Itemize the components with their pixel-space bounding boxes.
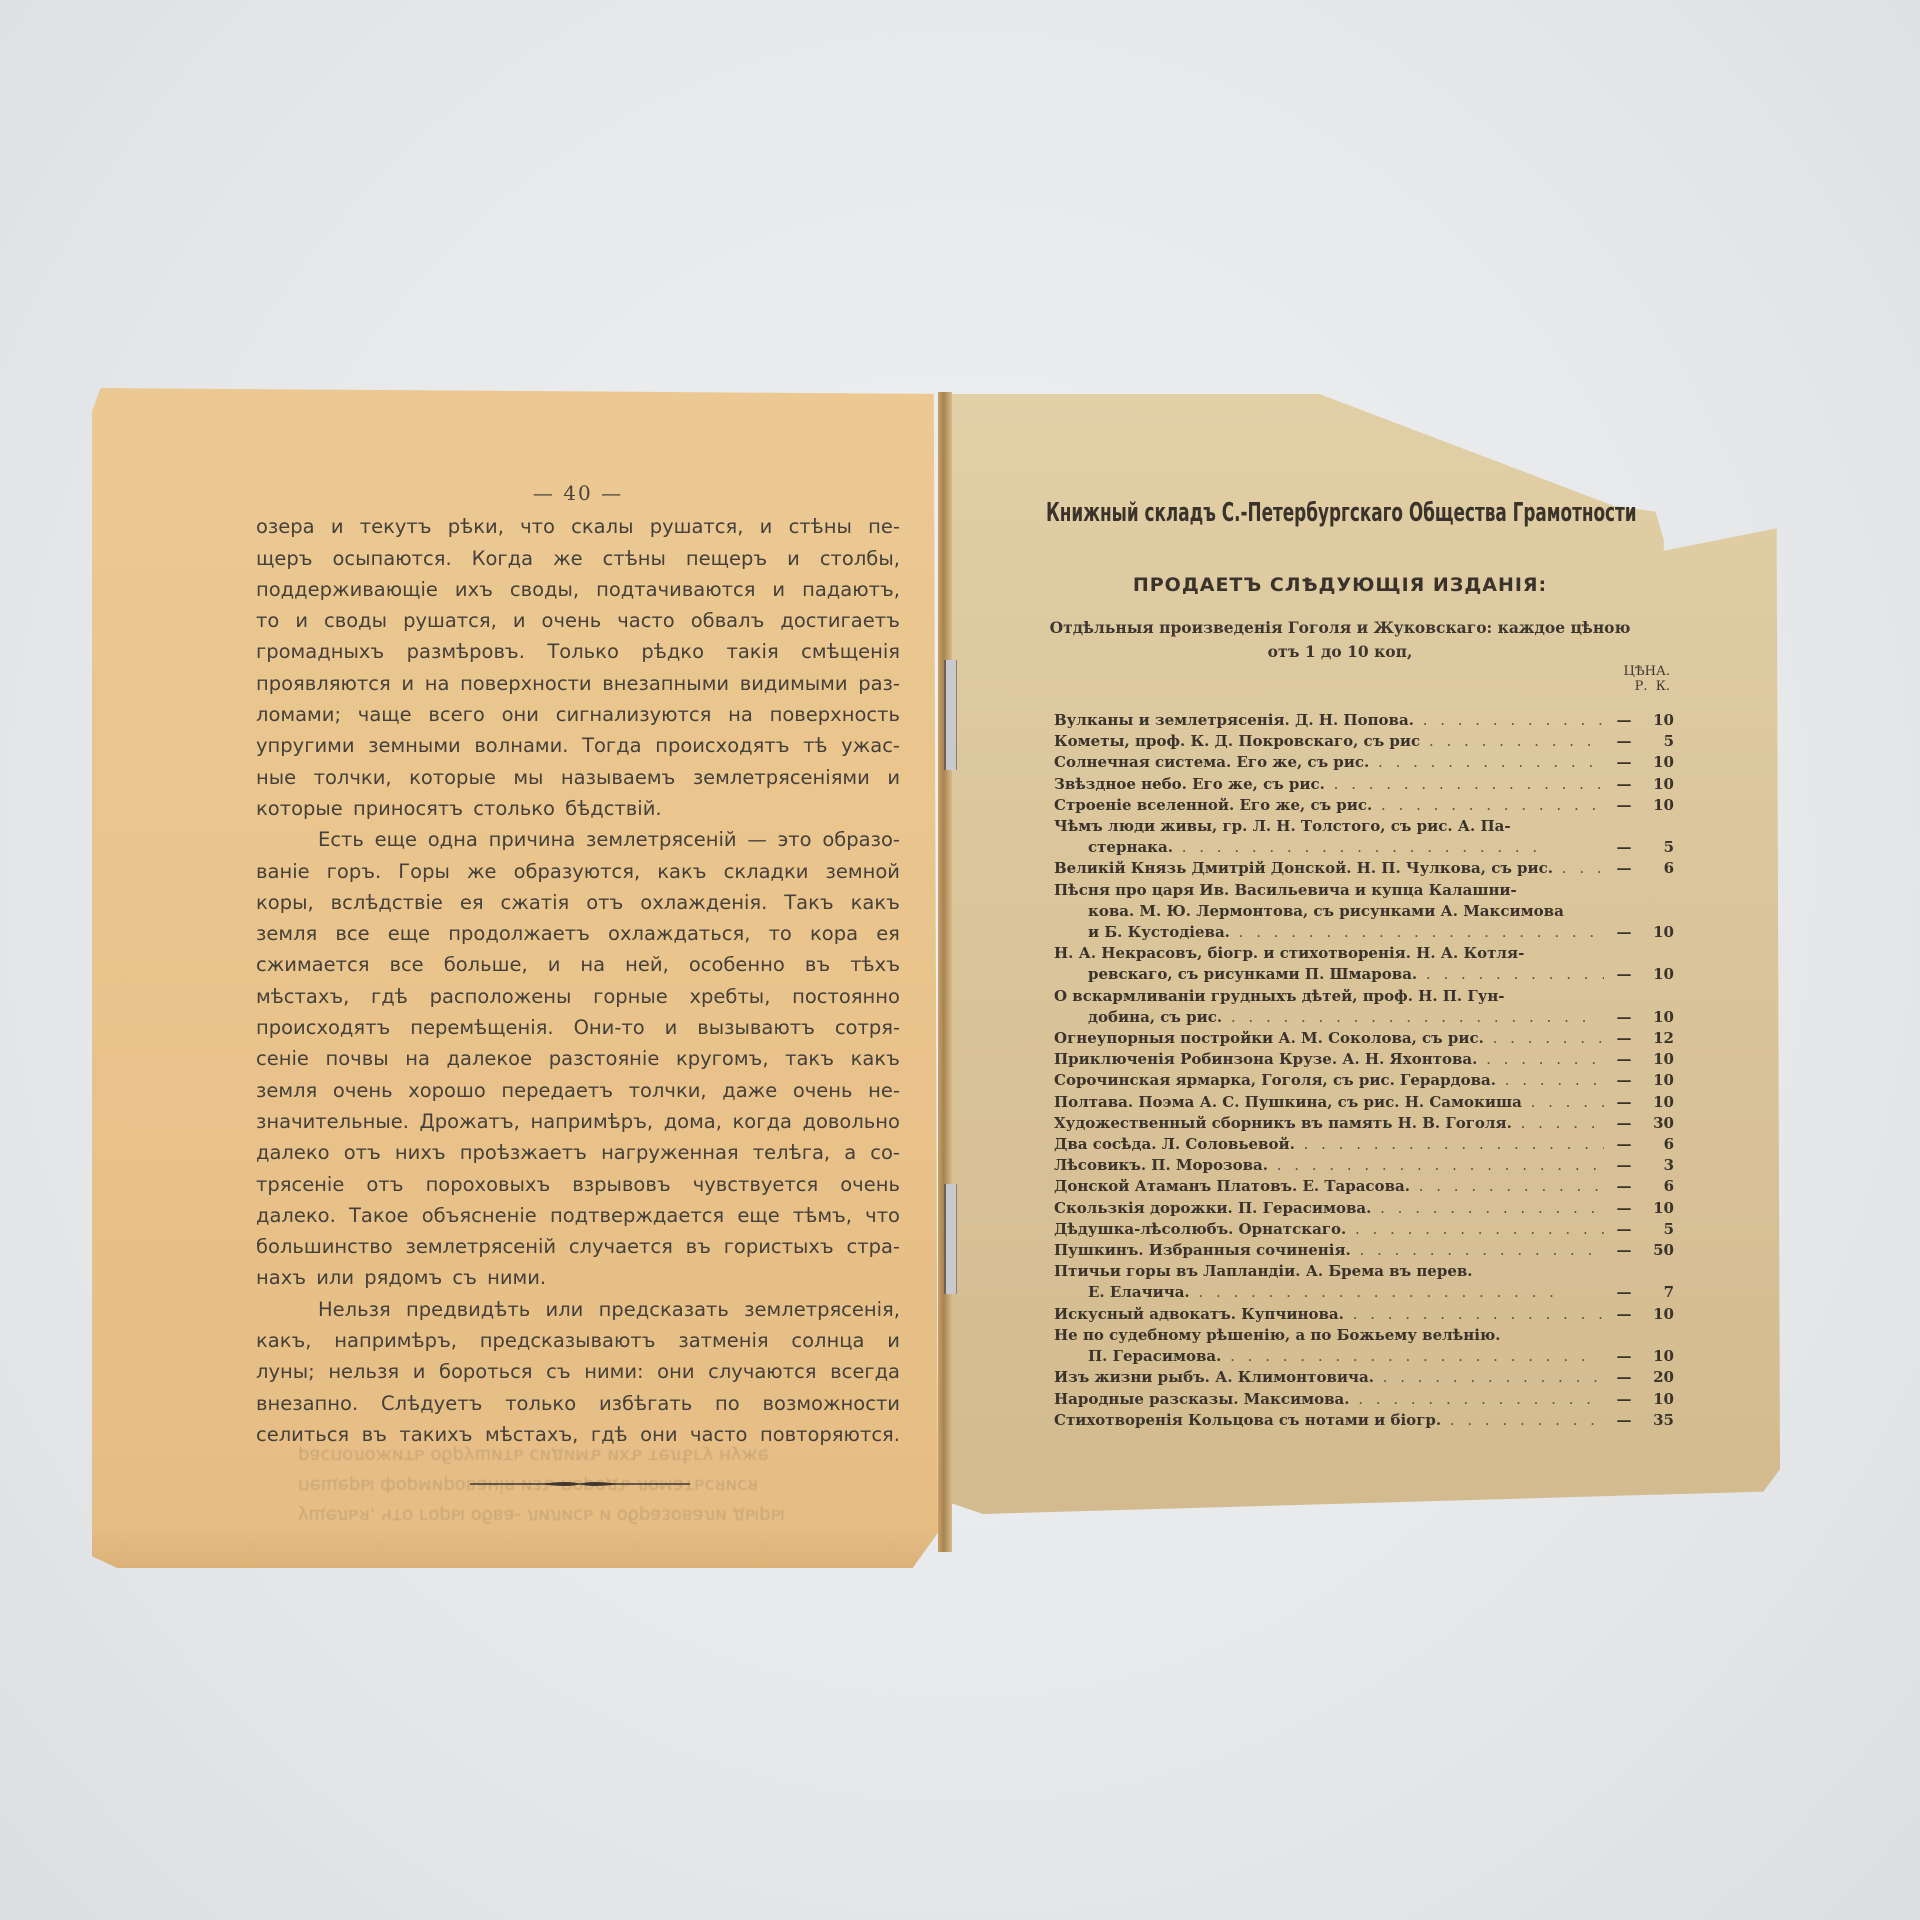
catalog-item: Пѣсня про царя Ив. Васильевича и купца К… (1054, 880, 1674, 901)
price-kopecks: 10 (1644, 1346, 1674, 1367)
price-column-header: ЦѢНА. Р. К. (1560, 664, 1670, 694)
price-kopecks: 10 (1644, 1049, 1674, 1070)
catalog-list: Вулканы и землетрясенія. Д. Н. Попова. .… (1054, 710, 1674, 1431)
text-line: какъ,напримѣръ,предсказываютъзатменіясол… (256, 1325, 900, 1356)
price-rubles: — (1604, 1028, 1644, 1049)
text-line: далеко.Такоеобъясненіеподтверждаетсяещет… (256, 1200, 900, 1231)
price-kopecks: 10 (1644, 774, 1674, 795)
catalog-item: Полтава. Поэма А. С. Пушкина, съ рис. Н.… (1054, 1092, 1674, 1113)
price-rubles: — (1604, 1092, 1644, 1113)
text-line: коры,вслѣдствіееясжатіяотъохлажденія.Так… (256, 887, 900, 918)
catalog-item: Птичьи горы въ Лапландіи. А. Брема въ пе… (1054, 1261, 1674, 1282)
catalog-item: Звѣздное небо. Его же, съ рис. . . . . .… (1054, 774, 1674, 795)
price-kopecks: 10 (1644, 1389, 1674, 1410)
text-line: внезапно.Слѣдуетътолькоизбѣгатьповозможн… (256, 1388, 900, 1419)
text-line: сеніепочвынадалекоеразстояніекругомъ,так… (256, 1043, 900, 1074)
price-rubles: — (1604, 922, 1644, 943)
price-kopecks: 10 (1644, 1007, 1674, 1028)
catalog-item-title: Изъ жизни рыбъ. А. Климонтовича. . . . .… (1054, 1367, 1604, 1388)
catalog-item-title: Приключенія Робинзона Крузе. А. Н. Яхонт… (1054, 1049, 1604, 1070)
text-line: происходятъперемѣщенія.Они-тоивызываютъс… (256, 1012, 900, 1043)
price-kopecks: 10 (1644, 752, 1674, 773)
catalog-item: Художественный сборникъ въ память Н. В. … (1054, 1113, 1674, 1134)
text-line: Нельзяпредвидѣтьилипредсказатьземлетрясе… (256, 1294, 900, 1325)
bleed-through-text: ущелья, что горы обва- лились и образова… (298, 1440, 918, 1530)
catalog-item-title: Е. Елачича. . . . . . . . . . . . . . . … (1054, 1282, 1604, 1303)
text-line: трясеніеотъпороховыхъвзрывовъчувствуется… (256, 1169, 900, 1200)
price-kopecks: 12 (1644, 1028, 1674, 1049)
catalog-item: Скользкія дорожки. П. Герасимова. . . . … (1054, 1198, 1674, 1219)
catalog-item-continuation: ревскаго, съ рисунками П. Шмарова. . . .… (1054, 964, 1674, 985)
price-rubles: — (1604, 837, 1644, 858)
price-kopecks: 7 (1644, 1282, 1674, 1303)
text-line: луны;нельзяиборотьсясъними:онислучаютсяв… (256, 1356, 900, 1387)
price-rubles: — (1604, 710, 1644, 731)
catalog-item-title: Художественный сборникъ въ память Н. В. … (1054, 1113, 1604, 1134)
catalog-intro: Отдѣльныя произведенія Гоголя и Жуковска… (1040, 616, 1640, 664)
price-kopecks: 10 (1644, 1198, 1674, 1219)
catalog-item-title: Пѣсня про царя Ив. Васильевича и купца К… (1054, 880, 1604, 901)
catalog-item: Дѣдушка-лѣсолюбъ. Орнатскаго. . . . . . … (1054, 1219, 1674, 1240)
catalog-item: Солнечная система. Его же, съ рис. . . .… (1054, 752, 1674, 773)
price-kopecks: 6 (1644, 1176, 1674, 1197)
catalog-item: Два сосѣда. Л. Соловьевой. . . . . . . .… (1054, 1134, 1674, 1155)
price-kopecks: 30 (1644, 1113, 1674, 1134)
catalog-item: Донской Атаманъ Платовъ. Е. Тарасова. . … (1054, 1176, 1674, 1197)
price-kopecks: 10 (1644, 922, 1674, 943)
price-rubles: — (1604, 1070, 1644, 1091)
staple-top (944, 660, 957, 770)
intro-line-2: отъ 1 до 10 коп, (1040, 640, 1640, 664)
price-kopecks: 10 (1644, 710, 1674, 731)
text-line: далекоотънихъпроѣзжаетънагруженнаятелѣга… (256, 1137, 900, 1168)
price-rubles: — (1604, 752, 1644, 773)
catalog-item-title: стернака. . . . . . . . . . . . . . . . … (1054, 837, 1604, 858)
left-page-lines: озераитекутърѣки,чтоскалырушатся,истѣнып… (256, 511, 900, 1450)
price-kopecks: 5 (1644, 1219, 1674, 1240)
catalog-item-title: Лѣсовикъ. П. Морозова. . . . . . . . . .… (1054, 1155, 1604, 1176)
catalog-item-title: Н. А. Некрасовъ, біогр. и стихотворенія.… (1054, 943, 1604, 964)
catalog-item: О вскармливаніи грудныхъ дѣтей, проф. Н.… (1054, 986, 1674, 1007)
price-rubles: — (1604, 1389, 1644, 1410)
catalog-item-continuation: Е. Елачича. . . . . . . . . . . . . . . … (1054, 1282, 1674, 1303)
text-line: большинствоземлетрясенійслучаетсявъгорис… (256, 1231, 900, 1262)
text-line: Естьещеоднапричиназемлетрясеній—этообраз… (256, 824, 900, 855)
catalog-item-title: Два сосѣда. Л. Соловьевой. . . . . . . .… (1054, 1134, 1604, 1155)
price-rubles: — (1604, 964, 1644, 985)
catalog-item-title: Солнечная система. Его же, съ рис. . . .… (1054, 752, 1604, 773)
catalog-item-title: Донской Атаманъ Платовъ. Е. Тарасова. . … (1054, 1176, 1604, 1197)
catalog-item-continuation: стернака. . . . . . . . . . . . . . . . … (1054, 837, 1674, 858)
price-rubles: — (1604, 1007, 1644, 1028)
price-rubles: — (1604, 1367, 1644, 1388)
catalog-item: Чѣмъ люди живы, гр. Л. Н. Толстого, съ р… (1054, 816, 1674, 837)
price-kopecks: 10 (1644, 795, 1674, 816)
price-rubles: — (1604, 1198, 1644, 1219)
price-kopecks: 6 (1644, 858, 1674, 879)
catalog-item-title: Огнеупорныя постройки А. М. Соколова, съ… (1054, 1028, 1604, 1049)
catalog-item: Искусный адвокатъ. Купчинова. . . . . . … (1054, 1304, 1674, 1325)
catalog-item: Огнеупорныя постройки А. М. Соколова, съ… (1054, 1028, 1674, 1049)
catalog-heading: ПРОДАЕТЪ СЛѢДУЮЩІЯ ИЗДАНІЯ: (1040, 574, 1640, 596)
left-page-text: — 40 — озераитекутърѣки,чтоскалырушатся,… (256, 478, 900, 1450)
text-line: озераитекутърѣки,чтоскалырушатся,истѣнып… (256, 511, 900, 542)
text-line: ваніегоръ.Горыжеобразуются,какъскладкизе… (256, 856, 900, 887)
catalog-item: Народные разсказы. Максимова. . . . . . … (1054, 1389, 1674, 1410)
staple-bottom (944, 1184, 957, 1294)
price-rubles: — (1604, 1134, 1644, 1155)
catalog-item: Не по судебному рѣшенію, а по Божьему ве… (1054, 1325, 1674, 1346)
price-rubles: — (1604, 774, 1644, 795)
price-kopecks: 20 (1644, 1367, 1674, 1388)
price-kopecks: 10 (1644, 1070, 1674, 1091)
price-rubles: — (1604, 795, 1644, 816)
text-line: упругимиземнымиволнами.Тогдапроисходятът… (256, 730, 900, 761)
catalog-item-continuation: П. Герасимова. . . . . . . . . . . . . .… (1054, 1346, 1674, 1367)
catalog-item-title: Полтава. Поэма А. С. Пушкина, съ рис. Н.… (1054, 1092, 1604, 1113)
catalog-item: Изъ жизни рыбъ. А. Климонтовича. . . . .… (1054, 1367, 1674, 1388)
text-line: мѣстахъ,гдѣрасположеныгорныехребты,посто… (256, 981, 900, 1012)
text-line: громадныхъразмѣровъ.Толькорѣдкотакіясмѣщ… (256, 636, 900, 667)
catalog-item: Стихотворенія Кольцова съ нотами и біогр… (1054, 1410, 1674, 1431)
catalog-item-title: Звѣздное небо. Его же, съ рис. . . . . .… (1054, 774, 1604, 795)
price-rubles: — (1604, 1049, 1644, 1070)
text-line: ныетолчки,которыемыназываемъземлетрясені… (256, 762, 900, 793)
text-line: земляоченьхорошопередаетътолчки,дажеочен… (256, 1075, 900, 1106)
publisher-title: Книжный складъ С.-Петербургскаго Обществ… (1046, 498, 1471, 528)
catalog-item-title: и Б. Кустодіева. . . . . . . . . . . . .… (1054, 922, 1604, 943)
price-rubles: — (1604, 1240, 1644, 1261)
price-kopecks: 3 (1644, 1155, 1674, 1176)
price-subheader: Р. К. (1560, 679, 1670, 694)
price-kopecks: 6 (1644, 1134, 1674, 1155)
catalog-item: Н. А. Некрасовъ, біогр. и стихотворенія.… (1054, 943, 1674, 964)
price-rubles: — (1604, 1155, 1644, 1176)
catalog-item-continuation: кова. М. Ю. Лермонтова, съ рисунками А. … (1054, 901, 1674, 922)
text-line: ломами;чащевсегоонисигнализуютсянаповерх… (256, 699, 900, 730)
price-rubles: — (1604, 731, 1644, 752)
text-line: которые приносятъ столько бѣдствій. (256, 793, 900, 824)
text-line: сжимаетсявсебольше,инаней,особенновътѣхъ (256, 949, 900, 980)
price-rubles: — (1604, 1304, 1644, 1325)
price-rubles: — (1604, 1282, 1644, 1303)
catalog-item-title: Строеніе вселенной. Его же, съ рис. . . … (1054, 795, 1604, 816)
price-rubles: — (1604, 858, 1644, 879)
catalog-item: Кометы, проф. К. Д. Покровскаго, съ рис … (1054, 731, 1674, 752)
text-line: землявсеещепродолжаетъохлаждаться,токора… (256, 918, 900, 949)
catalog-item-title: Народные разсказы. Максимова. . . . . . … (1054, 1389, 1604, 1410)
text-line: щеръосыпаются.Когдажестѣныпещеръистолбы, (256, 543, 900, 574)
price-rubles: — (1604, 1176, 1644, 1197)
catalog-item: Строеніе вселенной. Его же, съ рис. . . … (1054, 795, 1674, 816)
catalog-item: Приключенія Робинзона Крузе. А. Н. Яхонт… (1054, 1049, 1674, 1070)
price-rubles: — (1604, 1410, 1644, 1431)
page-number: — 40 — (256, 478, 900, 509)
price-kopecks: 5 (1644, 837, 1674, 858)
catalog-item-title: Стихотворенія Кольцова съ нотами и біогр… (1054, 1410, 1604, 1431)
price-kopecks: 10 (1644, 1304, 1674, 1325)
catalog-item: Пушкинъ. Избранныя сочиненія. . . . . . … (1054, 1240, 1674, 1261)
text-line: значительные.Дрожатъ,напримѣръ,дома,когд… (256, 1106, 900, 1137)
catalog-item-title: Чѣмъ люди живы, гр. Л. Н. Толстого, съ р… (1054, 816, 1604, 837)
catalog-item-title: добина, съ рис. . . . . . . . . . . . . … (1054, 1007, 1604, 1028)
catalog-item-title: Великій Князь Дмитрій Донской. Н. П. Чул… (1054, 858, 1604, 879)
price-kopecks: 10 (1644, 964, 1674, 985)
catalog-item-continuation: и Б. Кустодіева. . . . . . . . . . . . .… (1054, 922, 1674, 943)
price-kopecks: 35 (1644, 1410, 1674, 1431)
catalog-item-title: Дѣдушка-лѣсолюбъ. Орнатскаго. . . . . . … (1054, 1219, 1604, 1240)
catalog-item-title: П. Герасимова. . . . . . . . . . . . . .… (1054, 1346, 1604, 1367)
catalog-item: Великій Князь Дмитрій Донской. Н. П. Чул… (1054, 858, 1674, 879)
catalog-item-title: Скользкія дорожки. П. Герасимова. . . . … (1054, 1198, 1604, 1219)
catalog-item-title: Кометы, проф. К. Д. Покровскаго, съ рис … (1054, 731, 1604, 752)
catalog-item-title: Вулканы и землетрясенія. Д. Н. Попова. .… (1054, 710, 1604, 731)
price-kopecks: 5 (1644, 731, 1674, 752)
catalog-item: Лѣсовикъ. П. Морозова. . . . . . . . . .… (1054, 1155, 1674, 1176)
catalog-item-title: О вскармливаніи грудныхъ дѣтей, проф. Н.… (1054, 986, 1604, 1007)
intro-line-1: Отдѣльныя произведенія Гоголя и Жуковска… (1040, 616, 1640, 640)
catalog-item-title: Птичьи горы въ Лапландіи. А. Брема въ пе… (1054, 1261, 1604, 1282)
book-spine (938, 392, 952, 1552)
price-kopecks: 10 (1644, 1092, 1674, 1113)
price-header-label: ЦѢНА. (1560, 664, 1670, 679)
catalog-item: Сорочинская ярмарка, Гоголя, съ рис. Гер… (1054, 1070, 1674, 1091)
text-line: проявляютсяинаповерхностивнезапнымивидим… (256, 668, 900, 699)
price-kopecks: 50 (1644, 1240, 1674, 1261)
text-line: нахъ или рядомъ съ ними. (256, 1262, 900, 1293)
catalog-item-continuation: добина, съ рис. . . . . . . . . . . . . … (1054, 1007, 1674, 1028)
catalog-item-title: Пушкинъ. Избранныя сочиненія. . . . . . … (1054, 1240, 1604, 1261)
catalog-item-title: ревскаго, съ рисунками П. Шмарова. . . .… (1054, 964, 1604, 985)
catalog-item: Вулканы и землетрясенія. Д. Н. Попова. .… (1054, 710, 1674, 731)
price-rubles: — (1604, 1219, 1644, 1240)
price-rubles: — (1604, 1346, 1644, 1367)
catalog-item-title: Не по судебному рѣшенію, а по Божьему ве… (1054, 1325, 1604, 1346)
catalog-item-title: Сорочинская ярмарка, Гоголя, съ рис. Гер… (1054, 1070, 1604, 1091)
catalog-item-title: Искусный адвокатъ. Купчинова. . . . . . … (1054, 1304, 1604, 1325)
text-line: тоисводырушатся,иоченьчастообвалъдостига… (256, 605, 900, 636)
price-rubles: — (1604, 1113, 1644, 1134)
catalog-item-title: кова. М. Ю. Лермонтова, съ рисунками А. … (1054, 901, 1604, 922)
text-line: поддерживающіеихъсводы,подтачиваютсяипад… (256, 574, 900, 605)
